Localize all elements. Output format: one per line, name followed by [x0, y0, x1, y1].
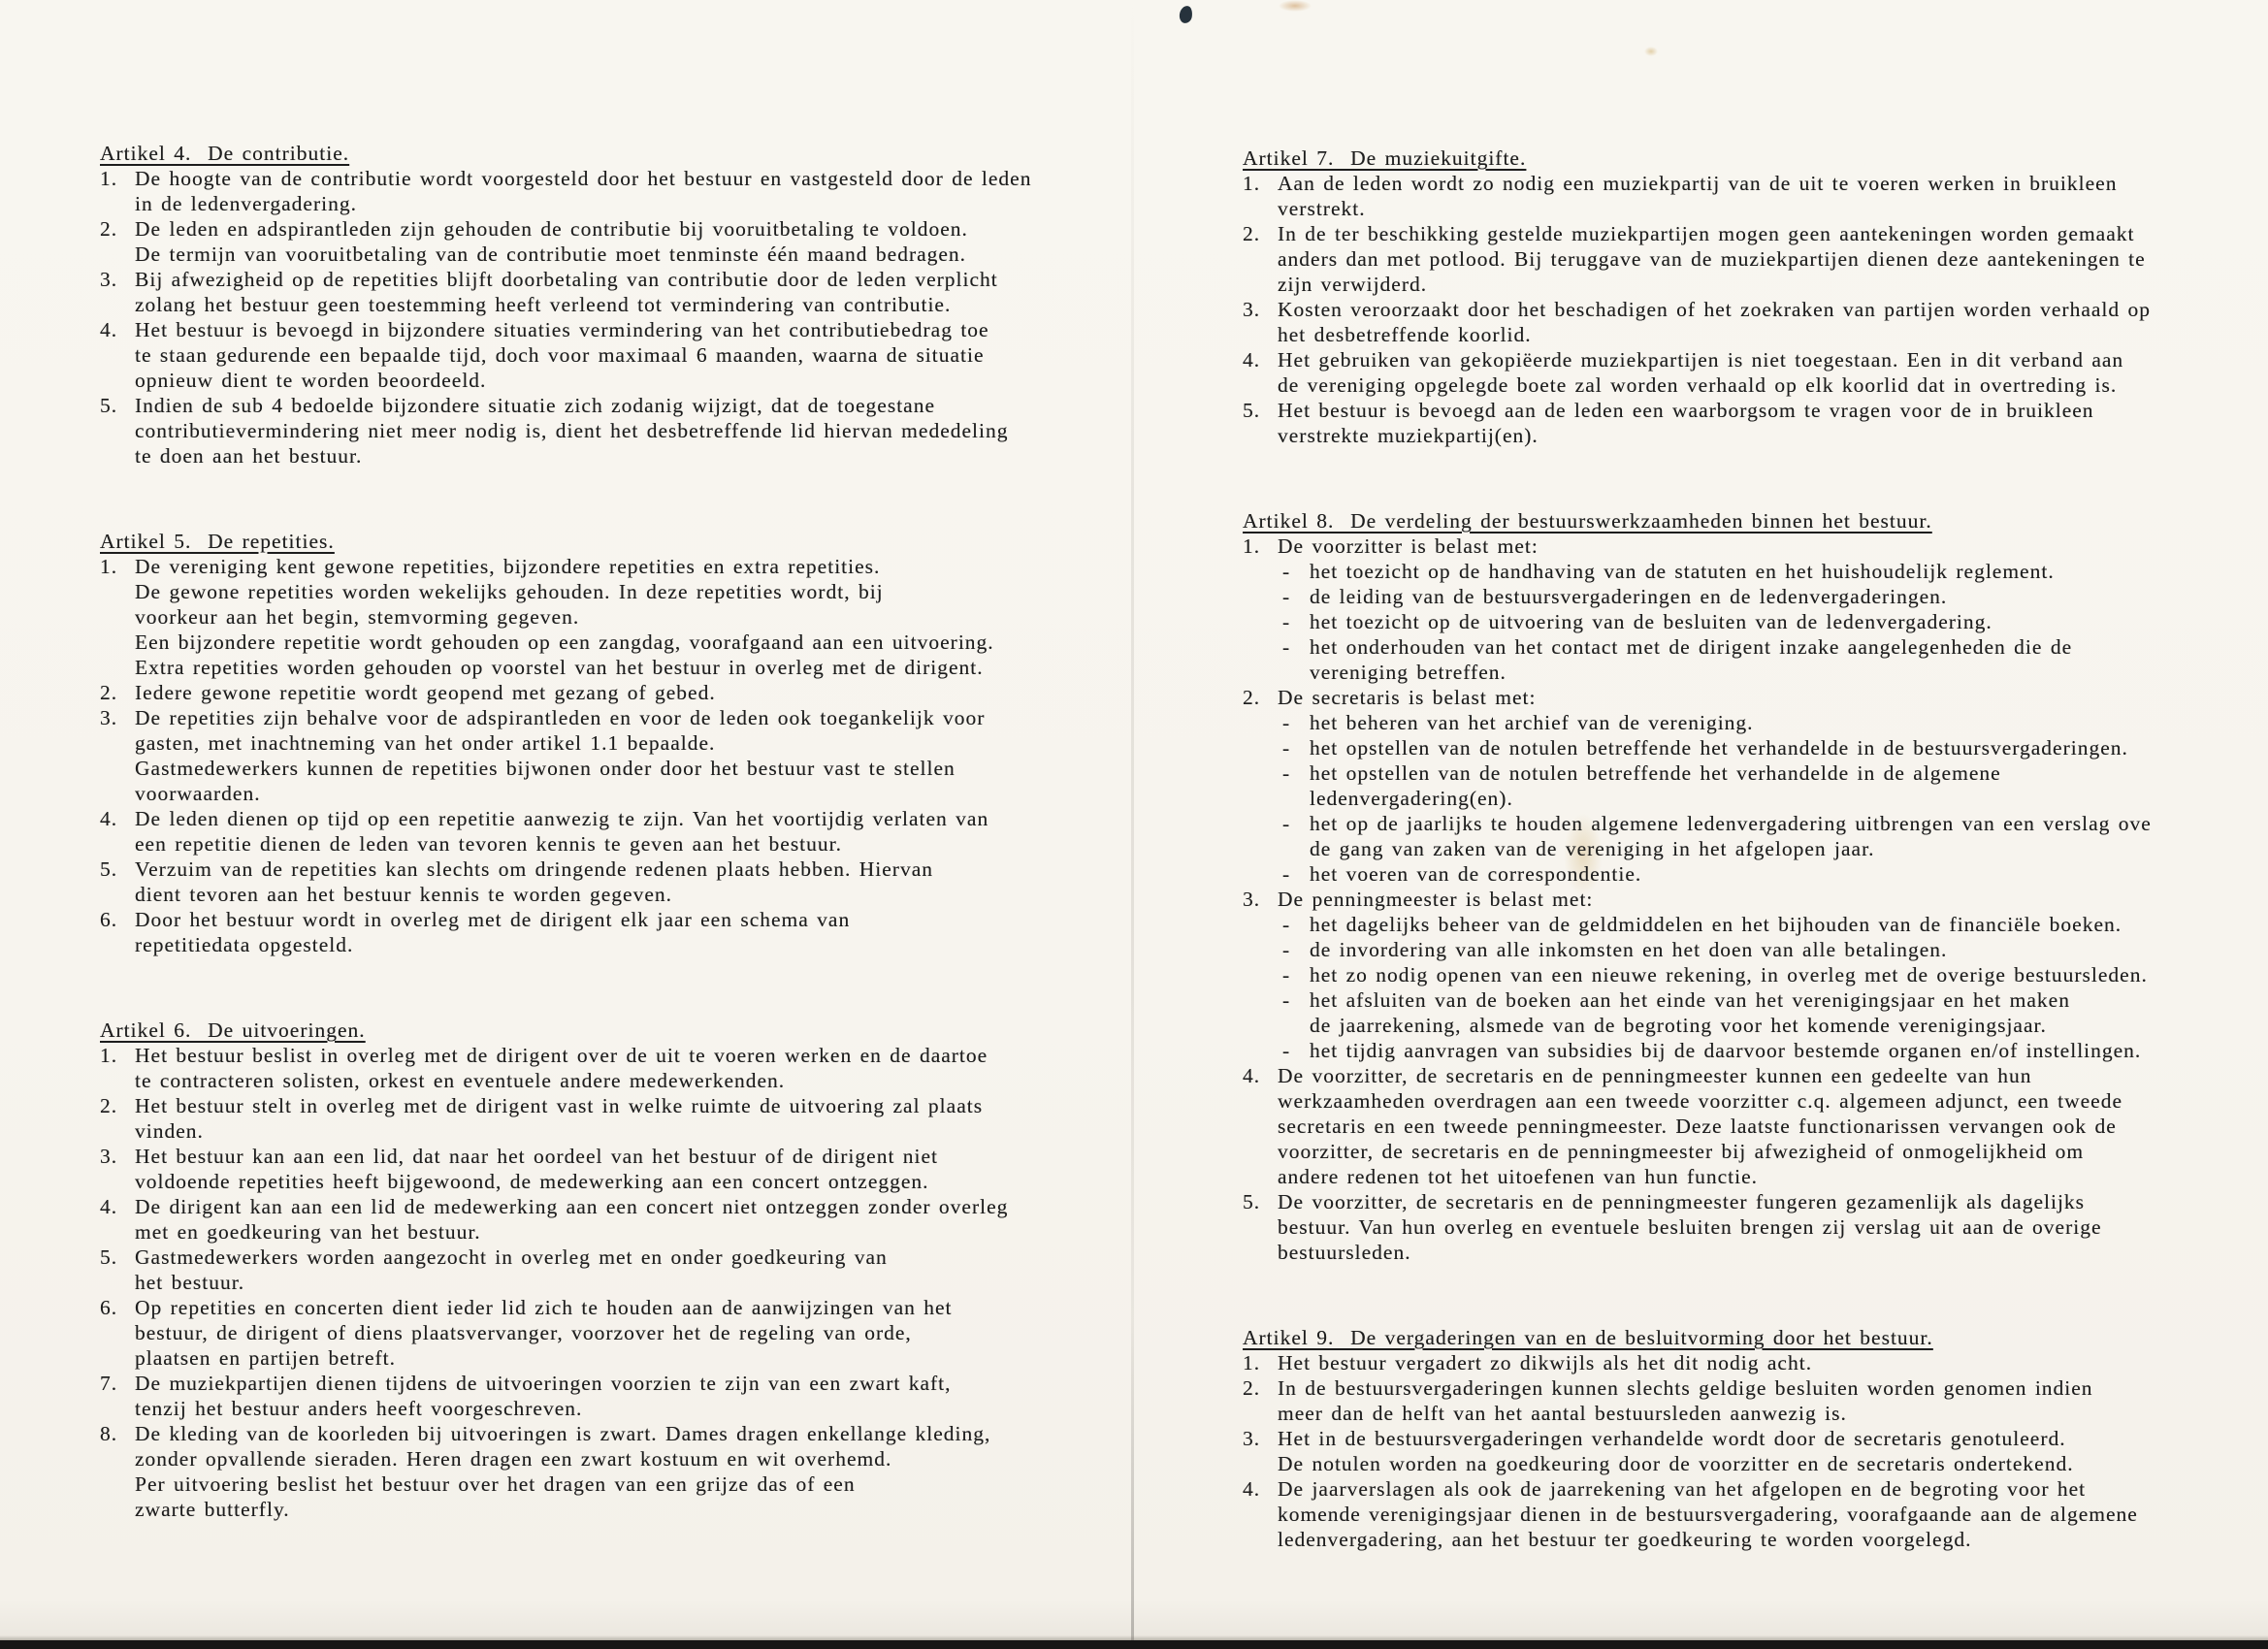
dash-marker: - — [1282, 937, 1290, 962]
text-line: contributievermindering niet meer nodig … — [135, 418, 1123, 443]
text-line: gasten, met inachtneming van het onder a… — [135, 730, 1123, 756]
item-number: 1. — [100, 166, 117, 191]
dash-marker: - — [1282, 987, 1290, 1013]
text-line: bestuur, de dirigent of diens plaatsverv… — [135, 1320, 1123, 1345]
item-number: 5. — [100, 393, 117, 418]
item-number: 1. — [1243, 533, 1260, 559]
text-line: In de bestuursvergaderingen kunnen slech… — [1278, 1375, 2263, 1401]
list-item: 2.In de ter beschikking gestelde muziekp… — [1243, 221, 2263, 297]
text-line: De voorzitter, de secretaris en de penni… — [1278, 1189, 2263, 1214]
item-number: 4. — [100, 317, 117, 342]
list-item: 4.Het gebruiken van gekopiëerde muziekpa… — [1243, 347, 2263, 398]
text-line: Indien de sub 4 bedoelde bijzondere situ… — [135, 393, 1123, 418]
text-line: Op repetities en concerten dient ieder l… — [135, 1295, 1123, 1320]
list-item: 1.De hoogte van de contributie wordt voo… — [100, 166, 1123, 216]
list-item: 6.Op repetities en concerten dient ieder… — [100, 1295, 1123, 1371]
text-line: bestuur. Van hun overleg en eventuele be… — [1278, 1214, 2263, 1240]
item-number: 3. — [1243, 1426, 1260, 1451]
text-line: Bij afwezigheid op de repetities blijft … — [135, 267, 1123, 292]
text-line: De secretaris is belast met: — [1278, 685, 2263, 710]
item-number: 1. — [1243, 171, 1260, 196]
text-line: te staan gedurende een bepaalde tijd, do… — [135, 342, 1123, 368]
dash-marker: - — [1282, 735, 1290, 760]
right-page-column: Artikel 7. De muziekuitgifte.1.Aan de le… — [1243, 145, 2263, 1552]
text-line: De voorzitter, de secretaris en de penni… — [1278, 1063, 2263, 1088]
item-number: 4. — [1243, 347, 1260, 372]
dash-marker: - — [1282, 634, 1290, 660]
text-line: zolang het bestuur geen toestemming heef… — [135, 292, 1123, 317]
text-line: bestuursleden. — [1278, 1240, 2263, 1265]
dash-marker: - — [1282, 584, 1290, 609]
text-line: De voorzitter is belast met: — [1278, 533, 2263, 559]
item-number: 4. — [1243, 1476, 1260, 1502]
article-heading: Artikel 7. De muziekuitgifte. — [1243, 145, 2263, 171]
article: Artikel 4. De contributie.1.De hoogte va… — [100, 141, 1123, 469]
item-number: 1. — [1243, 1350, 1260, 1375]
list-item: 1.De vereniging kent gewone repetities, … — [100, 554, 1123, 680]
list-item: 2.Iedere gewone repetitie wordt geopend … — [100, 680, 1123, 705]
sub-item: -het op de jaarlijks te houden algemene … — [1282, 811, 2263, 861]
text-line: De kleding van de koorleden bij uitvoeri… — [135, 1421, 1123, 1446]
article-heading: Artikel 6. De uitvoeringen. — [100, 1018, 1123, 1043]
text-line: het zo nodig openen van een nieuwe reken… — [1310, 962, 2263, 987]
item-number: 2. — [100, 680, 117, 705]
text-line: Iedere gewone repetitie wordt geopend me… — [135, 680, 1123, 705]
text-line: De leden en adspirantleden zijn gehouden… — [135, 216, 1123, 242]
text-line: dient tevoren aan het bestuur kennis te … — [135, 882, 1123, 907]
text-line: het tijdig aanvragen van subsidies bij d… — [1310, 1038, 2263, 1063]
text-line: andere redenen tot het uitoefenen van hu… — [1278, 1164, 2263, 1189]
text-line: De jaarverslagen als ook de jaarrekening… — [1278, 1476, 2263, 1502]
text-line: zwarte butterfly. — [135, 1497, 1123, 1522]
text-line: ledenvergadering(en). — [1310, 786, 2263, 811]
text-line: de invordering van alle inkomsten en het… — [1310, 937, 2263, 962]
list-item: 1.Het bestuur beslist in overleg met de … — [100, 1043, 1123, 1093]
text-line: met en goedkeuring van het bestuur. — [135, 1219, 1123, 1245]
text-line: De muziekpartijen dienen tijdens de uitv… — [135, 1371, 1123, 1396]
text-line: het desbetreffende koorlid. — [1278, 322, 2263, 347]
text-line: secretaris en een tweede penningmeester.… — [1278, 1114, 2263, 1139]
text-line: het op de jaarlijks te houden algemene l… — [1310, 811, 2263, 836]
text-line: Verzuim van de repetities kan slechts om… — [135, 857, 1123, 882]
text-line: de leiding van de bestuursvergaderingen … — [1310, 584, 2263, 609]
item-number: 8. — [100, 1421, 117, 1446]
paper-stain — [1279, 0, 1312, 12]
text-line: Het bestuur beslist in overleg met de di… — [135, 1043, 1123, 1068]
text-line: te contracteren solisten, orkest en even… — [135, 1068, 1123, 1093]
dash-marker: - — [1282, 609, 1290, 634]
list-item: 4.De leden dienen op tijd op een repetit… — [100, 806, 1123, 857]
text-line: het toezicht op de uitvoering van de bes… — [1310, 609, 2263, 634]
text-line: meer dan de helft van het aantal bestuur… — [1278, 1401, 2263, 1426]
dash-marker: - — [1282, 710, 1290, 735]
list-item: 2.De leden en adspirantleden zijn gehoud… — [100, 216, 1123, 267]
dash-marker: - — [1282, 962, 1290, 987]
item-number: 2. — [1243, 221, 1260, 246]
item-number: 6. — [100, 907, 117, 932]
text-line: het opstellen van de notulen betreffende… — [1310, 760, 2263, 786]
text-line: In de ter beschikking gestelde muziekpar… — [1278, 221, 2263, 246]
text-line: het bestuur. — [135, 1270, 1123, 1295]
text-line: opnieuw dient te worden beoordeeld. — [135, 368, 1123, 393]
sub-item: -de invordering van alle inkomsten en he… — [1282, 937, 2263, 962]
text-line: het onderhouden van het contact met de d… — [1310, 634, 2263, 660]
text-line: in de ledenvergadering. — [135, 191, 1123, 216]
list-item: 7.De muziekpartijen dienen tijdens de ui… — [100, 1371, 1123, 1421]
item-number: 2. — [100, 216, 117, 242]
item-number: 3. — [100, 1144, 117, 1169]
item-number: 5. — [100, 857, 117, 882]
sub-item: -het zo nodig openen van een nieuwe reke… — [1282, 962, 2263, 987]
list-item: 3.De penningmeester is belast met:-het d… — [1243, 887, 2263, 1063]
list-item: 5.Gastmedewerkers worden aangezocht in o… — [100, 1245, 1123, 1295]
item-number: 4. — [100, 806, 117, 831]
list-item: 3.Het in de bestuursvergaderingen verhan… — [1243, 1426, 2263, 1476]
text-line: Kosten veroorzaakt door het beschadigen … — [1278, 297, 2263, 322]
text-line: De gewone repetities worden wekelijks ge… — [135, 579, 1123, 604]
item-number: 5. — [1243, 1189, 1260, 1214]
text-line: zijn verwijderd. — [1278, 272, 2263, 297]
list-item: 3.Bij afwezigheid op de repetities blijf… — [100, 267, 1123, 317]
list-item: 5.De voorzitter, de secretaris en de pen… — [1243, 1189, 2263, 1265]
item-number: 6. — [100, 1295, 117, 1320]
text-line: het beheren van het archief van de veren… — [1310, 710, 2263, 735]
list-item: 2.In de bestuursvergaderingen kunnen sle… — [1243, 1375, 2263, 1426]
text-line: Het bestuur is bevoegd aan de leden een … — [1278, 398, 2263, 423]
text-line: Door het bestuur wordt in overleg met de… — [135, 907, 1123, 932]
text-line: komende verenigingsjaar dienen in de bes… — [1278, 1502, 2263, 1527]
item-number: 7. — [100, 1371, 117, 1396]
text-line: verstrekt. — [1278, 196, 2263, 221]
list-item: 4.De voorzitter, de secretaris en de pen… — [1243, 1063, 2263, 1189]
scanned-document-page: Artikel 4. De contributie.1.De hoogte va… — [0, 0, 2268, 1649]
article-heading: Artikel 5. De repetities. — [100, 529, 1123, 554]
text-line: tenzij het bestuur anders heeft voorgesc… — [135, 1396, 1123, 1421]
item-number: 3. — [1243, 297, 1260, 322]
item-number: 2. — [100, 1093, 117, 1118]
text-line: De vereniging kent gewone repetities, bi… — [135, 554, 1123, 579]
list-item: 3.Kosten veroorzaakt door het beschadige… — [1243, 297, 2263, 347]
text-line: de gang van zaken van de vereniging in h… — [1310, 836, 2263, 861]
item-number: 5. — [100, 1245, 117, 1270]
list-item: 5.Het bestuur is bevoegd aan de leden ee… — [1243, 398, 2263, 448]
item-number: 1. — [100, 1043, 117, 1068]
text-line: De leden dienen op tijd op een repetitie… — [135, 806, 1123, 831]
sub-item: -het afsluiten van de boeken aan het ein… — [1282, 987, 2263, 1038]
text-line: De notulen worden na goedkeuring door de… — [1278, 1451, 2263, 1476]
text-line: Gastmedewerkers worden aangezocht in ove… — [135, 1245, 1123, 1270]
dash-marker: - — [1282, 1038, 1290, 1063]
text-line: voldoende repetities heeft bijgewoond, d… — [135, 1169, 1123, 1194]
list-item: 3.De repetities zijn behalve voor de ads… — [100, 705, 1123, 806]
list-item: 5.Indien de sub 4 bedoelde bijzondere si… — [100, 393, 1123, 469]
text-line: De penningmeester is belast met: — [1278, 887, 2263, 912]
item-number: 1. — [100, 554, 117, 579]
text-line: Aan de leden wordt zo nodig een muziekpa… — [1278, 171, 2263, 196]
text-line: werkzaamheden overdragen aan een tweede … — [1278, 1088, 2263, 1114]
list-item: 3.Het bestuur kan aan een lid, dat naar … — [100, 1144, 1123, 1194]
article: Artikel 7. De muziekuitgifte.1.Aan de le… — [1243, 145, 2263, 448]
list-item: 4.De jaarverslagen als ook de jaarrekeni… — [1243, 1476, 2263, 1552]
list-item: 4.Het bestuur is bevoegd in bijzondere s… — [100, 317, 1123, 393]
item-number: 2. — [1243, 685, 1260, 710]
text-line: Het bestuur vergadert zo dikwijls als he… — [1278, 1350, 2263, 1375]
text-line: vinden. — [135, 1118, 1123, 1144]
article: Artikel 9. De vergaderingen van en de be… — [1243, 1325, 2263, 1552]
list-item: 2.De secretaris is belast met:-het beher… — [1243, 685, 2263, 887]
text-line: voorzitter, de secretaris en de penningm… — [1278, 1139, 2263, 1164]
text-line: een repetitie dienen de leden van tevore… — [135, 831, 1123, 857]
page-fold-line — [1131, 0, 1134, 1649]
article-heading: Artikel 9. De vergaderingen van en de be… — [1243, 1325, 2263, 1350]
text-line: Per uitvoering beslist het bestuur over … — [135, 1471, 1123, 1497]
text-line: het afsluiten van de boeken aan het eind… — [1310, 987, 2263, 1013]
list-item: 2.Het bestuur stelt in overleg met de di… — [100, 1093, 1123, 1144]
article-heading: Artikel 8. De verdeling der bestuurswerk… — [1243, 508, 2263, 533]
text-line: de jaarrekening, alsmede van de begrotin… — [1310, 1013, 2263, 1038]
text-line: De repetities zijn behalve voor de adspi… — [135, 705, 1123, 730]
item-number: 3. — [100, 267, 117, 292]
text-line: repetitiedata opgesteld. — [135, 932, 1123, 957]
sub-item: -het voeren van de correspondentie. — [1282, 861, 2263, 887]
text-line: De termijn van vooruitbetaling van de co… — [135, 242, 1123, 267]
sub-item: -het opstellen van de notulen betreffend… — [1282, 760, 2263, 811]
text-line: het opstellen van de notulen betreffende… — [1310, 735, 2263, 760]
list-item: 4.De dirigent kan aan een lid de medewer… — [100, 1194, 1123, 1245]
text-line: het voeren van de correspondentie. — [1310, 861, 2263, 887]
article: Artikel 5. De repetities.1.De vereniging… — [100, 529, 1123, 957]
sub-item: -het beheren van het archief van de vere… — [1282, 710, 2263, 735]
text-line: de vereniging opgelegde boete zal worden… — [1278, 372, 2263, 398]
text-line: Gastmedewerkers kunnen de repetities bij… — [135, 756, 1123, 781]
sub-item: -het toezicht op de handhaving van de st… — [1282, 559, 2263, 584]
text-line: Extra repetities worden gehouden op voor… — [135, 655, 1123, 680]
text-line: zonder opvallende sieraden. Heren dragen… — [135, 1446, 1123, 1471]
text-line: verstrekte muziekpartij(en). — [1278, 423, 2263, 448]
list-item: 1.De voorzitter is belast met:-het toezi… — [1243, 533, 2263, 685]
text-line: het dagelijks beheer van de geldmiddelen… — [1310, 912, 2263, 937]
sub-item: -het onderhouden van het contact met de … — [1282, 634, 2263, 685]
item-number: 3. — [1243, 887, 1260, 912]
text-line: Het bestuur is bevoegd in bijzondere sit… — [135, 317, 1123, 342]
item-number: 4. — [100, 1194, 117, 1219]
scan-bottom-edge — [0, 1640, 2268, 1649]
sub-item: -het dagelijks beheer van de geldmiddele… — [1282, 912, 2263, 937]
article: Artikel 8. De verdeling der bestuurswerk… — [1243, 508, 2263, 1265]
list-item: 1.Het bestuur vergadert zo dikwijls als … — [1243, 1350, 2263, 1375]
text-line: Het bestuur stelt in overleg met de diri… — [135, 1093, 1123, 1118]
dash-marker: - — [1282, 811, 1290, 836]
left-page-column: Artikel 4. De contributie.1.De hoogte va… — [100, 141, 1123, 1522]
list-item: 6.Door het bestuur wordt in overleg met … — [100, 907, 1123, 957]
sub-item: -het toezicht op de uitvoering van de be… — [1282, 609, 2263, 634]
text-line: vereniging betreffen. — [1310, 660, 2263, 685]
item-number: 4. — [1243, 1063, 1260, 1088]
list-item: 5.Verzuim van de repetities kan slechts … — [100, 857, 1123, 907]
item-number: 2. — [1243, 1375, 1260, 1401]
dash-marker: - — [1282, 760, 1290, 786]
dash-marker: - — [1282, 861, 1290, 887]
article-heading: Artikel 4. De contributie. — [100, 141, 1123, 166]
text-line: De hoogte van de contributie wordt voorg… — [135, 166, 1123, 191]
text-line: De dirigent kan aan een lid de medewerki… — [135, 1194, 1123, 1219]
text-line: voorwaarden. — [135, 781, 1123, 806]
list-item: 8.De kleding van de koorleden bij uitvoe… — [100, 1421, 1123, 1522]
dash-marker: - — [1282, 912, 1290, 937]
text-line: Het gebruiken van gekopiëerde muziekpart… — [1278, 347, 2263, 372]
item-number: 5. — [1243, 398, 1260, 423]
text-line: plaatsen en partijen betreft. — [135, 1345, 1123, 1371]
article: Artikel 6. De uitvoeringen.1.Het bestuur… — [100, 1018, 1123, 1522]
sub-item: -het opstellen van de notulen betreffend… — [1282, 735, 2263, 760]
ink-blot — [1179, 5, 1193, 24]
text-line: Een bijzondere repetitie wordt gehouden … — [135, 630, 1123, 655]
text-line: te doen aan het bestuur. — [135, 443, 1123, 469]
text-line: voorkeur aan het begin, stemvorming gege… — [135, 604, 1123, 630]
text-line: ledenvergadering, aan het bestuur ter go… — [1278, 1527, 2263, 1552]
text-line: anders dan met potlood. Bij teruggave va… — [1278, 246, 2263, 272]
item-number: 3. — [100, 705, 117, 730]
sub-item: -het tijdig aanvragen van subsidies bij … — [1282, 1038, 2263, 1063]
text-line: het toezicht op de handhaving van de sta… — [1310, 559, 2263, 584]
list-item: 1.Aan de leden wordt zo nodig een muziek… — [1243, 171, 2263, 221]
text-line: Het in de bestuursvergaderingen verhande… — [1278, 1426, 2263, 1451]
text-line: Het bestuur kan aan een lid, dat naar he… — [135, 1144, 1123, 1169]
sub-item: -de leiding van de bestuursvergaderingen… — [1282, 584, 2263, 609]
paper-stain — [1644, 47, 1658, 56]
dash-marker: - — [1282, 559, 1290, 584]
